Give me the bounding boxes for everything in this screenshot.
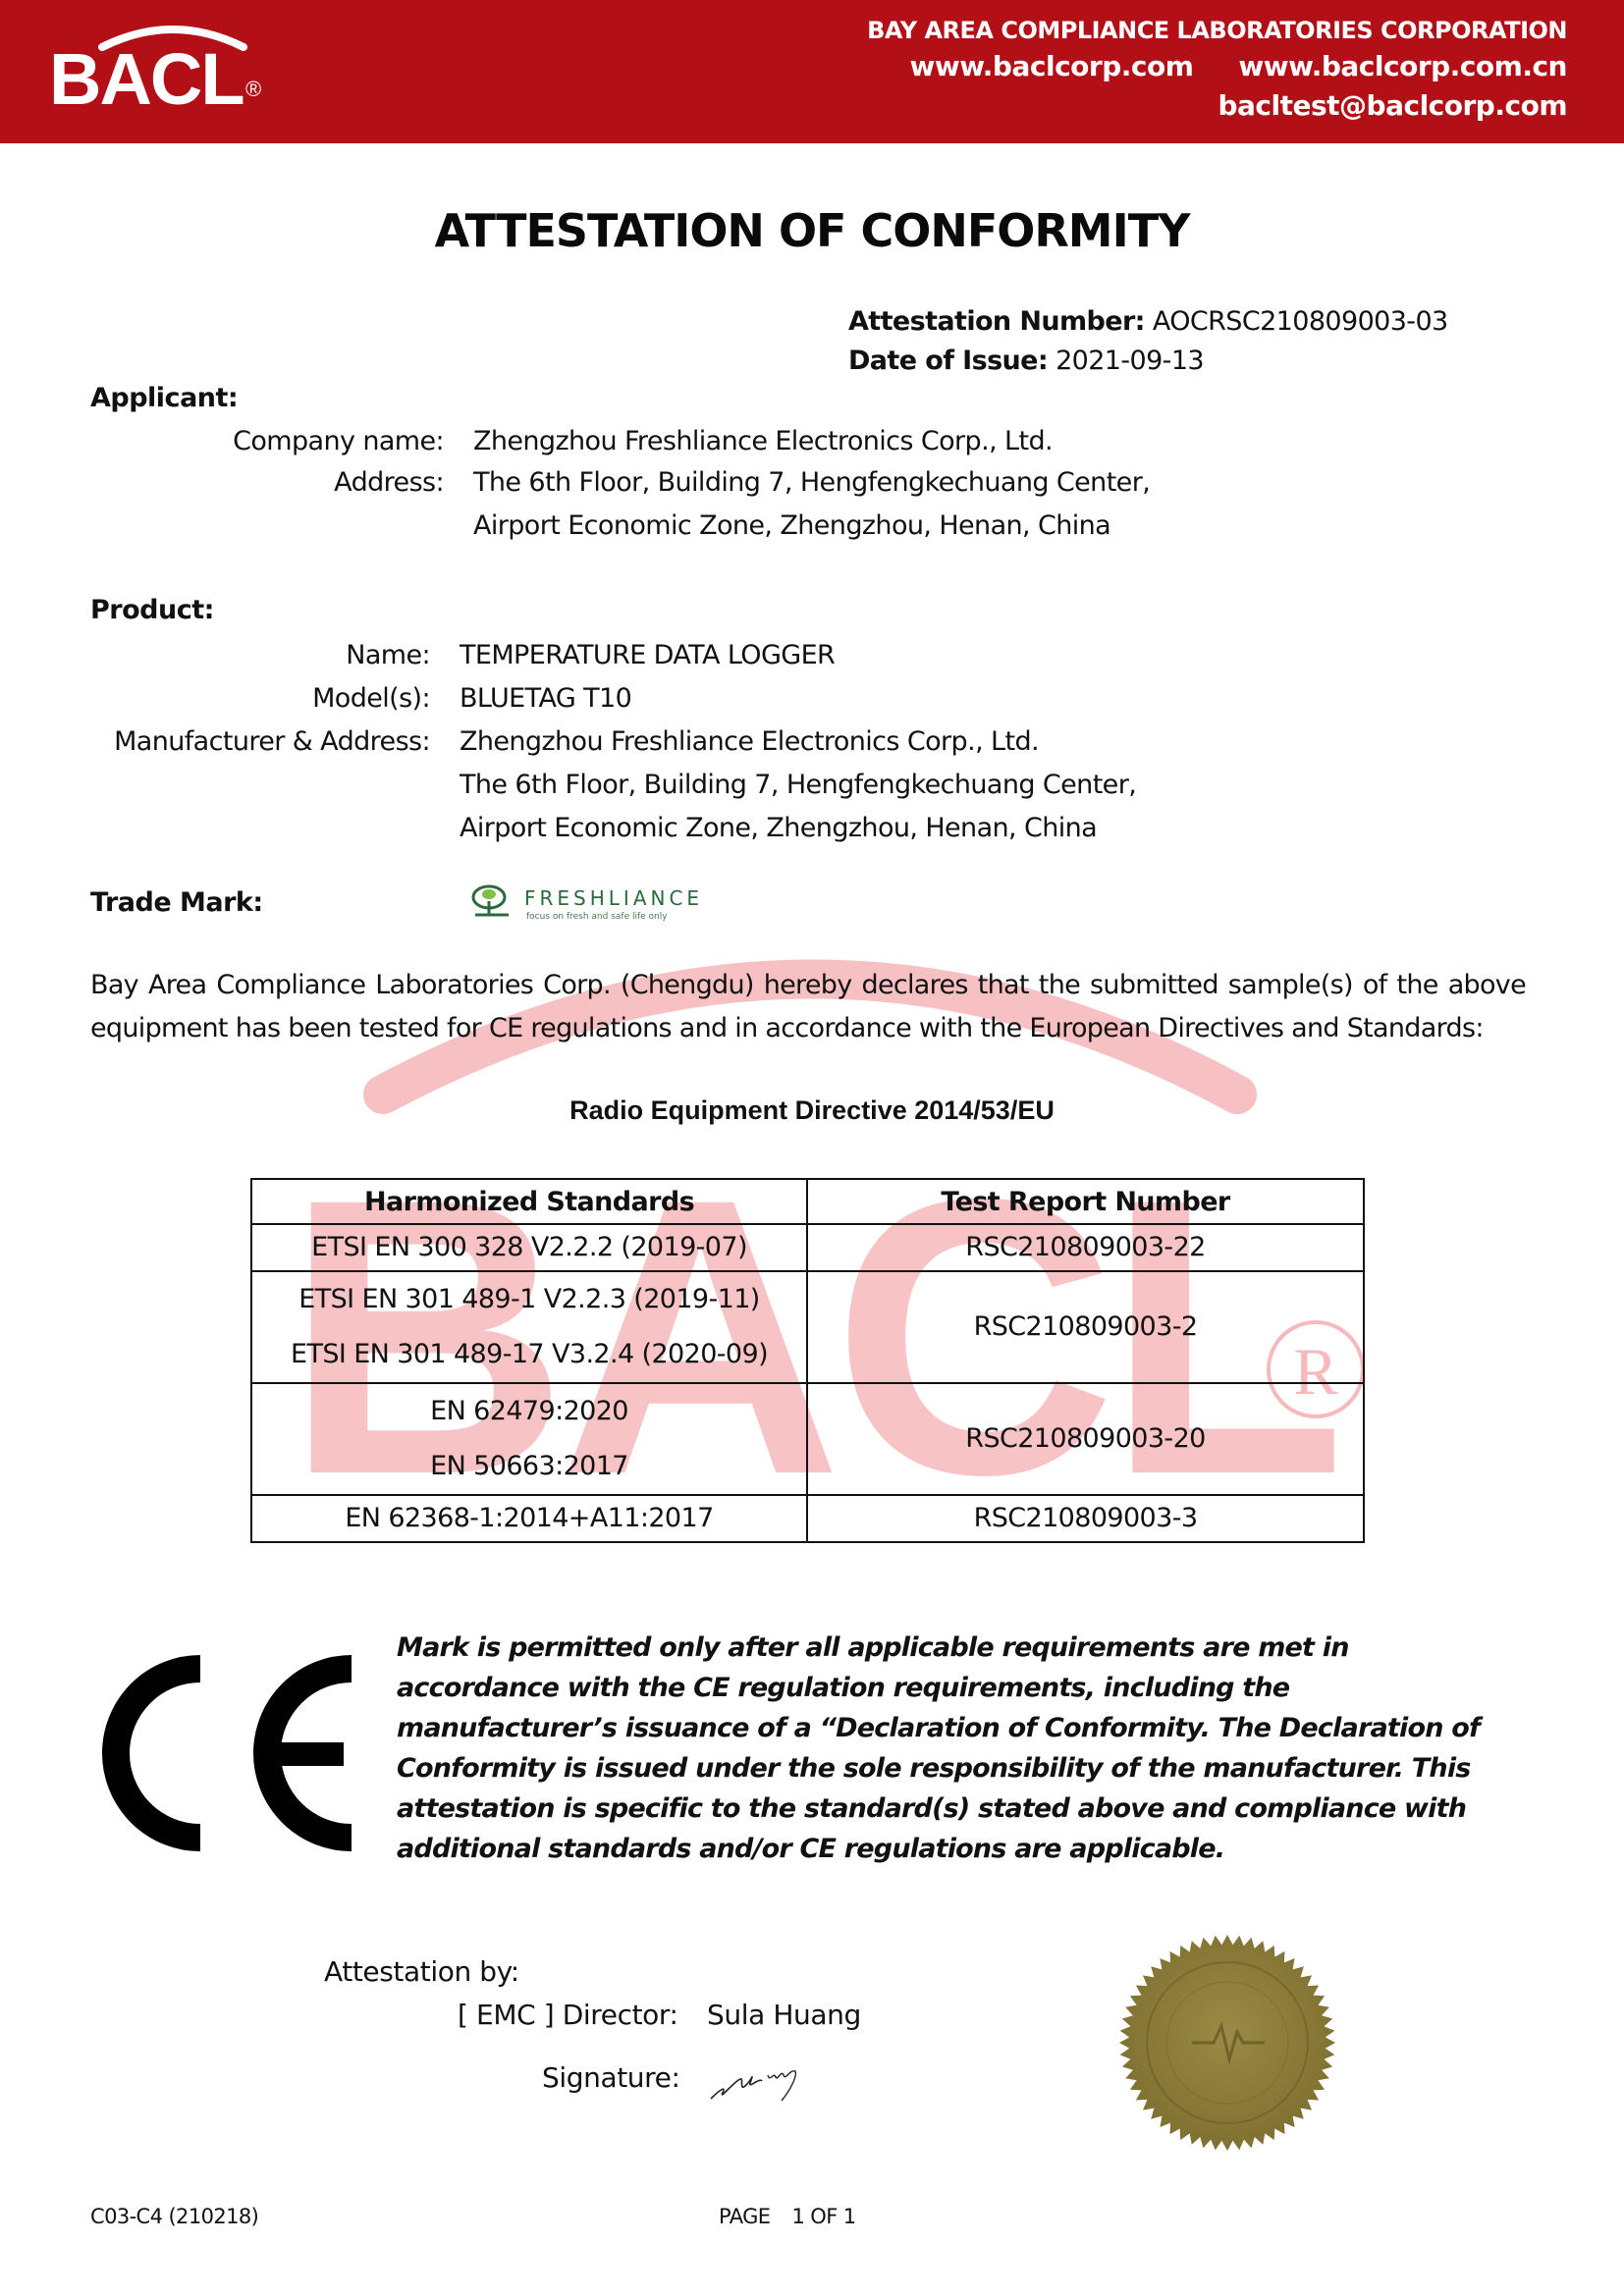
standard-name: EN 62368-1:2014+A11:2017 (258, 1497, 800, 1540)
manufacturer-label: Manufacturer & Address: (114, 721, 430, 764)
product-name-label: Name: (346, 634, 430, 677)
logo-text: BACL (49, 43, 244, 116)
directive-title: Radio Equipment Directive 2014/53/EU (0, 1095, 1624, 1126)
ce-notice-line: Mark is permitted only after all applica… (397, 1628, 1516, 1668)
company-name: Zhengzhou Freshliance Electronics Corp.,… (473, 420, 1053, 463)
model-label: Model(s): (312, 677, 430, 721)
corporation-name: BAY AREA COMPLIANCE LABORATORIES CORPORA… (867, 14, 1567, 47)
attestation-number: AOCRSC210809003-03 (1153, 306, 1448, 337)
attestation-meta: Attestation Number: AOCRSC210809003-03 D… (848, 302, 1448, 381)
date-row: Date of Issue: 2021-09-13 (848, 342, 1448, 381)
date-label: Date of Issue: (848, 346, 1048, 376)
header-contact: BAY AREA COMPLIANCE LABORATORIES CORPORA… (867, 14, 1567, 126)
standard-name: EN 62479:2020 (258, 1384, 800, 1439)
gold-seal-icon (1111, 1930, 1343, 2156)
bacl-logo: BACL ® (49, 14, 265, 122)
report-cell: RSC210809003-20 (807, 1383, 1364, 1495)
trademark-heading: Trade Mark: (90, 887, 263, 918)
standard-cell: ETSI EN 301 489-1 V2.2.3 (2019-11) ETSI … (251, 1271, 807, 1383)
table-row: ETSI EN 301 489-1 V2.2.3 (2019-11) ETSI … (251, 1271, 1364, 1383)
manufacturer-line-2: The 6th Floor, Building 7, Hengfengkechu… (460, 764, 1136, 807)
header-band: BACL ® BAY AREA COMPLIANCE LABORATORIES … (0, 0, 1624, 143)
registered-mark: ® (245, 79, 261, 100)
ce-mark-icon (94, 1655, 361, 1851)
director-label: [ EMC ] Director: (458, 1999, 678, 2031)
svg-text:focus on fresh and safe life o: focus on fresh and safe life only (526, 912, 668, 922)
header-test-report-number: Test Report Number (807, 1179, 1364, 1224)
standard-name: EN 50663:2017 (258, 1439, 800, 1494)
table-row: EN 62368-1:2014+A11:2017 RSC210809003-3 (251, 1495, 1364, 1542)
document-title: ATTESTATION OF CONFORMITY (0, 204, 1624, 257)
page-label: PAGE (719, 2205, 770, 2228)
date-of-issue: 2021-09-13 (1056, 346, 1204, 376)
declaration-text: Bay Area Compliance Laboratories Corp. (… (90, 964, 1526, 1050)
signature-icon (705, 2059, 813, 2109)
model-value: BLUETAG T10 (460, 677, 631, 721)
standards-table: Harmonized Standards Test Report Number … (250, 1178, 1365, 1543)
ce-notice: Mark is permitted only after all applica… (397, 1628, 1516, 1869)
product-name: TEMPERATURE DATA LOGGER (460, 634, 835, 677)
ce-notice-line: attestation is specific to the standard(… (397, 1789, 1516, 1829)
table-row: EN 62479:2020 EN 50663:2017 RSC210809003… (251, 1383, 1364, 1495)
standard-name: ETSI EN 301 489-17 V3.2.4 (2020-09) (258, 1327, 800, 1382)
svg-text:FRESHLIANCE: FRESHLIANCE (524, 886, 703, 910)
manufacturer-line-1: Zhengzhou Freshliance Electronics Corp.,… (460, 721, 1039, 764)
tree-icon (473, 886, 509, 915)
company-label: Company name: (233, 420, 444, 463)
form-code: C03-C4 (210218) (90, 2205, 258, 2228)
website-row: www.baclcorp.comwww.baclcorp.com.cn (867, 47, 1567, 86)
manufacturer-line-3: Airport Economic Zone, Zhengzhou, Henan,… (460, 807, 1097, 850)
attestation-number-label: Attestation Number: (848, 306, 1145, 337)
page-value: 1 OF 1 (791, 2205, 855, 2228)
attestation-number-row: Attestation Number: AOCRSC210809003-03 (848, 302, 1448, 342)
page-indicator: PAGE1 OF 1 (719, 2205, 856, 2228)
standard-name: ETSI EN 300 328 V2.2.2 (2019-07) (258, 1226, 800, 1269)
ce-notice-line: manufacturer’s issuance of a “Declaratio… (397, 1708, 1516, 1748)
email-link[interactable]: bacltest@baclcorp.com (867, 86, 1567, 126)
report-cell: RSC210809003-22 (807, 1224, 1364, 1271)
standard-cell: ETSI EN 300 328 V2.2.2 (2019-07) (251, 1224, 807, 1271)
freshliance-logo: FRESHLIANCE focus on fresh and safe life… (469, 881, 754, 925)
address-label: Address: (334, 461, 444, 505)
standard-cell: EN 62479:2020 EN 50663:2017 (251, 1383, 807, 1495)
standard-name: ETSI EN 301 489-1 V2.2.3 (2019-11) (258, 1272, 800, 1327)
ce-notice-line: additional standards and/or CE regulatio… (397, 1829, 1516, 1869)
header-harmonized-standards: Harmonized Standards (251, 1179, 807, 1224)
ce-notice-line: Conformity is issued under the sole resp… (397, 1748, 1516, 1789)
website-link-com[interactable]: www.baclcorp.com (909, 50, 1193, 82)
table-row: ETSI EN 300 328 V2.2.2 (2019-07) RSC2108… (251, 1224, 1364, 1271)
director-name: Sula Huang (707, 1999, 861, 2031)
signature-label: Signature: (542, 2061, 680, 2094)
table-header-row: Harmonized Standards Test Report Number (251, 1179, 1364, 1224)
address-line-2: Airport Economic Zone, Zhengzhou, Henan,… (473, 505, 1110, 548)
address-line-1: The 6th Floor, Building 7, Hengfengkechu… (473, 461, 1150, 505)
report-cell: RSC210809003-3 (807, 1495, 1364, 1542)
standard-cell: EN 62368-1:2014+A11:2017 (251, 1495, 807, 1542)
applicant-heading: Applicant: (90, 383, 238, 413)
website-link-cn[interactable]: www.baclcorp.com.cn (1238, 50, 1567, 82)
product-heading: Product: (90, 595, 214, 625)
attestation-by-label: Attestation by: (324, 1955, 519, 1988)
ce-notice-line: accordance with the CE regulation requir… (397, 1668, 1516, 1708)
report-cell: RSC210809003-2 (807, 1271, 1364, 1383)
